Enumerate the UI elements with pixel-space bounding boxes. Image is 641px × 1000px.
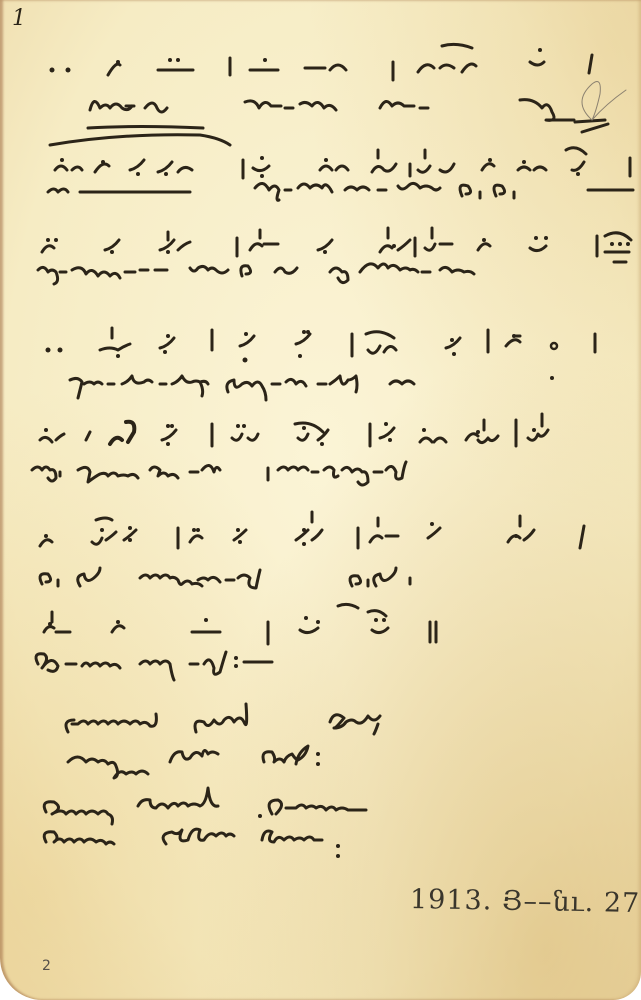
text-block-1 (66, 704, 380, 778)
text-block-2 (44, 788, 366, 858)
music-system-7 (36, 604, 436, 680)
pencil-circle-mark (582, 82, 626, 120)
page-number-bottom: 2 (42, 958, 51, 974)
date-inscription: 1913. Յ––նւ. 27 (410, 884, 641, 919)
music-system-3 (38, 228, 631, 284)
music-system-4 (46, 328, 596, 400)
music-system-1 (50, 44, 609, 145)
music-system-2 (48, 148, 633, 201)
manuscript-page: 1 (0, 0, 641, 1000)
music-system-6 (40, 512, 584, 588)
handwriting-strokes (0, 0, 641, 1000)
music-system-5 (32, 414, 548, 485)
